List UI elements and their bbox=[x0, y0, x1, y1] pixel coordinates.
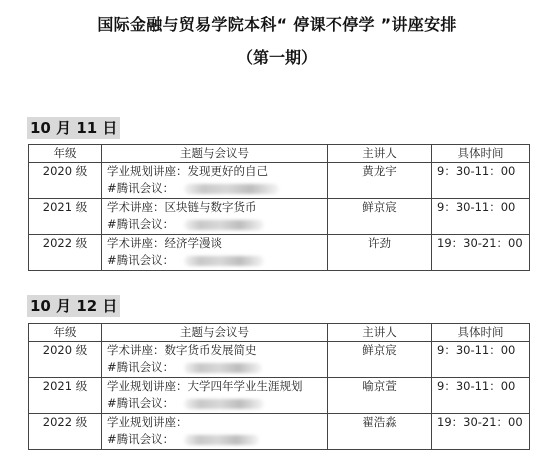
table-row: 2020 级 学术讲座：数字货币发展简史 #腾讯会议： 鲜京宸 9：30-11：… bbox=[29, 342, 530, 378]
meeting-line: #腾讯会议： bbox=[107, 216, 322, 233]
table-row: 2022 级 学业规划讲座： #腾讯会议： 翟浩淼 19：30-21：00 bbox=[29, 414, 530, 450]
grade-cell: 2022 级 bbox=[29, 414, 102, 450]
document-title: 国际金融与贸易学院本科“ 停课不停学 ”讲座安排 bbox=[0, 12, 554, 35]
meeting-label: #腾讯会议： bbox=[107, 252, 174, 269]
table-row: 2021 级 学术讲座：区块链与数字货币 #腾讯会议： 鲜京宸 9：30-11：… bbox=[29, 199, 530, 235]
redacted-meeting-id bbox=[184, 363, 262, 373]
column-header-grade: 年级 bbox=[29, 324, 102, 342]
meeting-line: #腾讯会议： bbox=[107, 359, 322, 376]
topic-text: 学业规划讲座：大学四年学业生涯规划 bbox=[107, 378, 322, 395]
column-header-time: 具体时间 bbox=[432, 145, 530, 163]
column-header-topic: 主题与会议号 bbox=[102, 145, 328, 163]
session-date-label: 10 月 11 日 bbox=[27, 117, 120, 139]
table-row: 2020 级 学业规划讲座：发现更好的自己 #腾讯会议： 黄龙宇 9：30-11… bbox=[29, 163, 530, 199]
grade-cell: 2020 级 bbox=[29, 163, 102, 199]
column-header-topic: 主题与会议号 bbox=[102, 324, 328, 342]
topic-text: 学业规划讲座：发现更好的自己 bbox=[107, 163, 322, 180]
speaker-cell: 鲜京宸 bbox=[328, 199, 432, 235]
column-header-grade: 年级 bbox=[29, 145, 102, 163]
speaker-cell: 黄龙宇 bbox=[328, 163, 432, 199]
document-subtitle: （第一期） bbox=[0, 45, 554, 68]
table-row: 2022 级 学术讲座：经济学漫谈 #腾讯会议： 许劲 19：30-21：00 bbox=[29, 235, 530, 271]
topic-text: 学术讲座：数字货币发展简史 bbox=[107, 342, 322, 359]
grade-cell: 2021 级 bbox=[29, 378, 102, 414]
table-header-row: 年级 主题与会议号 主讲人 具体时间 bbox=[29, 324, 530, 342]
meeting-label: #腾讯会议： bbox=[107, 395, 174, 412]
topic-text: 学业规划讲座： bbox=[107, 414, 322, 431]
time-cell: 9：30-11：00 bbox=[432, 342, 530, 378]
column-header-time: 具体时间 bbox=[432, 324, 530, 342]
speaker-cell: 翟浩淼 bbox=[328, 414, 432, 450]
meeting-label: #腾讯会议： bbox=[107, 359, 174, 376]
redacted-meeting-id bbox=[184, 184, 279, 194]
table-row: 2021 级 学业规划讲座：大学四年学业生涯规划 #腾讯会议： 喻京萱 9：30… bbox=[29, 378, 530, 414]
grade-cell: 2020 级 bbox=[29, 342, 102, 378]
session-date-label: 10 月 12 日 bbox=[27, 295, 120, 317]
time-cell: 19：30-21：00 bbox=[432, 235, 530, 271]
time-cell: 19：30-21：00 bbox=[432, 414, 530, 450]
meeting-line: #腾讯会议： bbox=[107, 252, 322, 269]
column-header-speaker: 主讲人 bbox=[328, 324, 432, 342]
meeting-line: #腾讯会议： bbox=[107, 180, 322, 197]
grade-cell: 2021 级 bbox=[29, 199, 102, 235]
redacted-meeting-id bbox=[184, 256, 264, 266]
meeting-label: #腾讯会议： bbox=[107, 431, 174, 448]
speaker-cell: 鲜京宸 bbox=[328, 342, 432, 378]
speaker-cell: 喻京萱 bbox=[328, 378, 432, 414]
topic-cell: 学业规划讲座：大学四年学业生涯规划 #腾讯会议： bbox=[102, 378, 328, 414]
column-header-speaker: 主讲人 bbox=[328, 145, 432, 163]
redacted-meeting-id bbox=[184, 399, 264, 409]
redacted-meeting-id bbox=[184, 435, 259, 445]
time-cell: 9：30-11：00 bbox=[432, 378, 530, 414]
time-cell: 9：30-11：00 bbox=[432, 163, 530, 199]
meeting-line: #腾讯会议： bbox=[107, 431, 322, 448]
redacted-meeting-id bbox=[184, 220, 264, 230]
topic-cell: 学业规划讲座： #腾讯会议： bbox=[102, 414, 328, 450]
topic-cell: 学术讲座：经济学漫谈 #腾讯会议： bbox=[102, 235, 328, 271]
meeting-label: #腾讯会议： bbox=[107, 216, 174, 233]
grade-cell: 2022 级 bbox=[29, 235, 102, 271]
meeting-label: #腾讯会议： bbox=[107, 180, 174, 197]
table-header-row: 年级 主题与会议号 主讲人 具体时间 bbox=[29, 145, 530, 163]
topic-cell: 学术讲座：区块链与数字货币 #腾讯会议： bbox=[102, 199, 328, 235]
schedule-table: 年级 主题与会议号 主讲人 具体时间 2020 级 学术讲座：数字货币发展简史 … bbox=[28, 323, 530, 450]
topic-text: 学术讲座：区块链与数字货币 bbox=[107, 199, 322, 216]
time-cell: 9：30-11：00 bbox=[432, 199, 530, 235]
topic-text: 学术讲座：经济学漫谈 bbox=[107, 235, 322, 252]
topic-cell: 学术讲座：数字货币发展简史 #腾讯会议： bbox=[102, 342, 328, 378]
schedule-table: 年级 主题与会议号 主讲人 具体时间 2020 级 学业规划讲座：发现更好的自己… bbox=[28, 144, 530, 271]
meeting-line: #腾讯会议： bbox=[107, 395, 322, 412]
speaker-cell: 许劲 bbox=[328, 235, 432, 271]
topic-cell: 学业规划讲座：发现更好的自己 #腾讯会议： bbox=[102, 163, 328, 199]
